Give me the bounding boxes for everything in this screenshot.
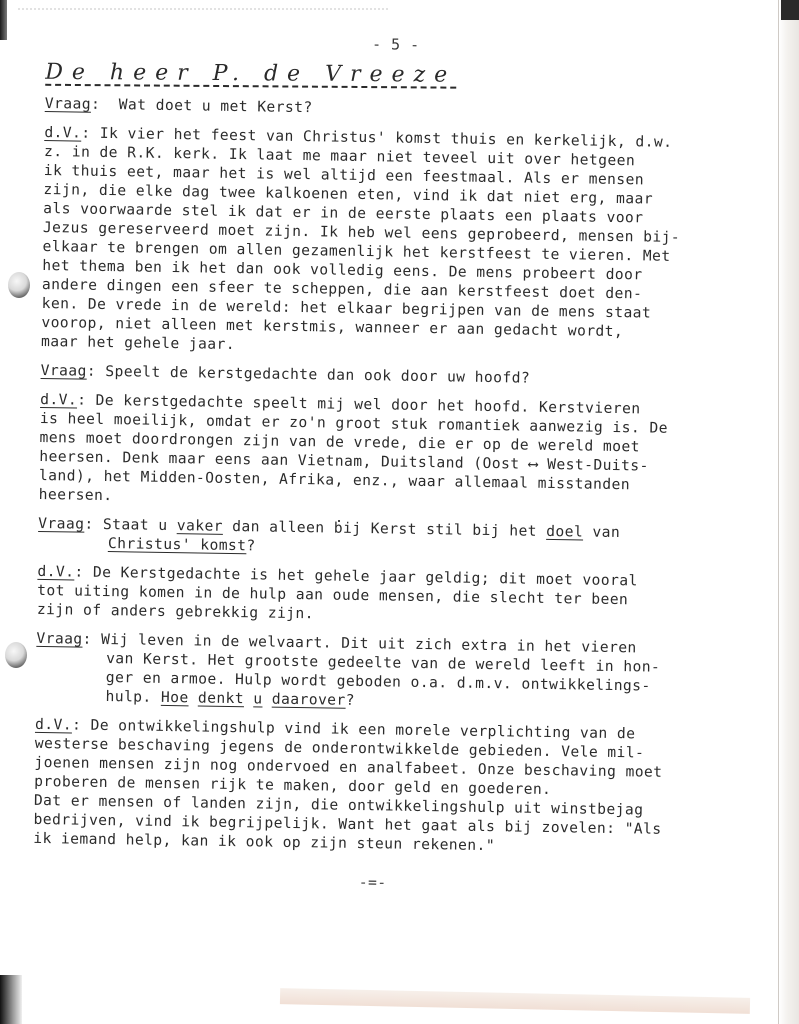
answer-1: d.V.: Ik vier het feest van Christus' ko…: [41, 123, 774, 362]
question-label: Vraag: [41, 362, 87, 380]
answer-label: d.V.: [37, 563, 74, 581]
question-text: dan alleen bij Kerst stil bij het: [223, 518, 547, 540]
question-3: Vraag: Staat u vaker dan alleen bij Kers…: [38, 514, 769, 563]
punch-hole-icon: [5, 642, 27, 668]
question-text: ?: [246, 537, 256, 554]
underlined-word: doel: [546, 523, 583, 541]
answer-3: d.V.: De Kerstgedachte is het gehele jaa…: [37, 562, 768, 630]
punch-hole-icon: [8, 272, 30, 298]
scan-edge-left-top: [0, 0, 7, 40]
question-label: Vraag: [45, 95, 91, 113]
underlying-page-edge: [280, 988, 750, 1014]
underlined-phrase: Christus' komst: [108, 535, 247, 554]
underlined-word: vaker: [177, 517, 223, 535]
question-4: Vraag: Wij leven in de welvaart. Dit uit…: [35, 629, 766, 716]
answer-2: d.V.: De kerstgedachte speelt mij wel do…: [39, 390, 771, 515]
question-label: Vraag: [36, 630, 82, 648]
paper-edge-right: [778, 0, 799, 1024]
question-1: Vraag: Wat doet u met Kerst?: [45, 94, 775, 124]
underlined-word: daarover: [272, 691, 346, 709]
question-text: Wat doet u met Kerst?: [119, 96, 313, 116]
typewritten-text: - 5 - De heer P. de Vreeze Vraag: Wat do…: [33, 30, 776, 898]
underlined-word: Hoe: [161, 689, 189, 706]
question-text: Speelt de kerstgedachte dan ook door uw …: [96, 363, 530, 387]
question-text: hulp.: [105, 688, 161, 706]
scanned-page: - 5 - De heer P. de Vreeze Vraag: Wat do…: [0, 0, 799, 1024]
question-text: ?: [346, 692, 356, 709]
answer-label: d.V.: [35, 716, 72, 734]
page-title: De heer P. de Vreeze: [45, 63, 456, 89]
question-text: van: [583, 524, 620, 542]
question-2: Vraag: Speelt de kerstgedachte dan ook d…: [41, 361, 771, 391]
underlined-word: u: [253, 690, 263, 707]
answer-4: d.V.: De ontwikkelingshulp vind ik een m…: [33, 715, 765, 859]
answer-label: d.V.: [40, 391, 77, 409]
bleed-through-text: [18, 8, 388, 16]
question-label: Vraag: [38, 515, 84, 533]
scan-edge-left-bottom: [0, 975, 22, 1024]
question-text: Staat u: [94, 516, 177, 534]
end-mark: -=-: [33, 868, 713, 898]
underlined-word: denkt: [198, 689, 244, 707]
page-number: - 5 -: [56, 30, 736, 60]
answer-label: d.V.: [44, 124, 81, 142]
scan-corner-dark: [781, 0, 799, 20]
